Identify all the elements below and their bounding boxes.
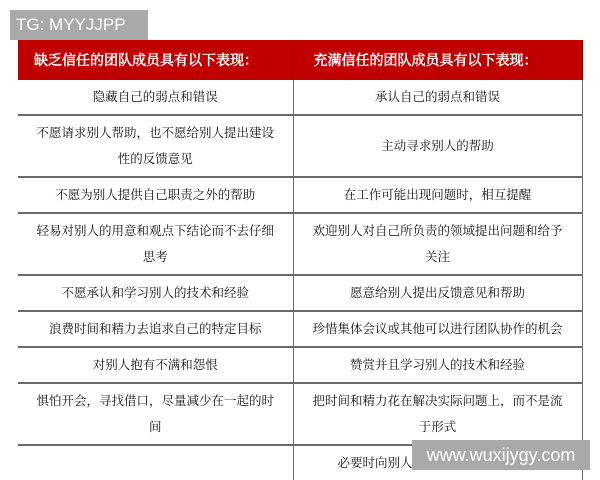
lacking-trust-cell: 惧怕开会，寻找借口，尽量减少在一起的时间 <box>18 383 293 445</box>
lacking-trust-cell: 不愿请求别人帮助，也不愿给别人提出建设性的反馈意见 <box>18 115 293 177</box>
header-lacking-trust: 缺乏信任的团队成员具有以下表现： <box>18 40 293 80</box>
table-row: 不愿为别人提供自己职责之外的帮助 在工作可能出现问题时，相互提醒 <box>18 177 582 213</box>
full-trust-cell: 珍惜集体会议或其他可以进行团队协作的机会 <box>293 311 582 347</box>
table-row: 浪费时间和精力去追求自己的特定目标 珍惜集体会议或其他可以进行团队协作的机会 <box>18 311 582 347</box>
table-row: 不愿承认和学习别人的技术和经验 愿意给别人提出反馈意见和帮助 <box>18 275 582 311</box>
lacking-trust-cell: 浪费时间和精力去追求自己的特定目标 <box>18 311 293 347</box>
lacking-trust-cell: 不愿承认和学习别人的技术和经验 <box>18 275 293 311</box>
trust-comparison-table: 缺乏信任的团队成员具有以下表现： 充满信任的团队成员具有以下表现： 隐藏自己的弱… <box>18 40 583 480</box>
lacking-trust-cell: 不愿为别人提供自己职责之外的帮助 <box>18 177 293 213</box>
full-trust-cell: 把时间和精力花在解决实际问题上，而不是流于形式 <box>293 383 582 445</box>
table-row: 轻易对别人的用意和观点下结论而不去仔细思考 欢迎别人对自己所负责的领域提出问题和… <box>18 213 582 275</box>
table-row: 惧怕开会，寻找借口，尽量减少在一起的时间 把时间和精力花在解决实际问题上，而不是… <box>18 383 582 445</box>
header-full-trust: 充满信任的团队成员具有以下表现： <box>293 40 582 80</box>
full-trust-cell: 欢迎别人对自己所负责的领域提出问题和给予关注 <box>293 213 582 275</box>
table-header-row: 缺乏信任的团队成员具有以下表现： 充满信任的团队成员具有以下表现： <box>18 40 582 80</box>
lacking-trust-cell <box>18 445 293 480</box>
site-watermark: www.wuxijygy.com <box>412 440 590 470</box>
tg-watermark: TG: MYYJJPP <box>10 10 148 40</box>
table-row: 隐藏自己的弱点和错误 承认自己的弱点和错误 <box>18 80 582 115</box>
lacking-trust-cell: 隐藏自己的弱点和错误 <box>18 80 293 115</box>
full-trust-cell: 主动寻求别人的帮助 <box>293 115 582 177</box>
lacking-trust-cell: 对别人抱有不满和怨恨 <box>18 347 293 383</box>
full-trust-cell: 在工作可能出现问题时，相互提醒 <box>293 177 582 213</box>
table-row: 对别人抱有不满和怨恨 赞赏并且学习别人的技术和经验 <box>18 347 582 383</box>
full-trust-cell: 承认自己的弱点和错误 <box>293 80 582 115</box>
lacking-trust-cell: 轻易对别人的用意和观点下结论而不去仔细思考 <box>18 213 293 275</box>
full-trust-cell: 愿意给别人提出反馈意见和帮助 <box>293 275 582 311</box>
full-trust-cell: 赞赏并且学习别人的技术和经验 <box>293 347 582 383</box>
table-row: 不愿请求别人帮助，也不愿给别人提出建设性的反馈意见 主动寻求别人的帮助 <box>18 115 582 177</box>
